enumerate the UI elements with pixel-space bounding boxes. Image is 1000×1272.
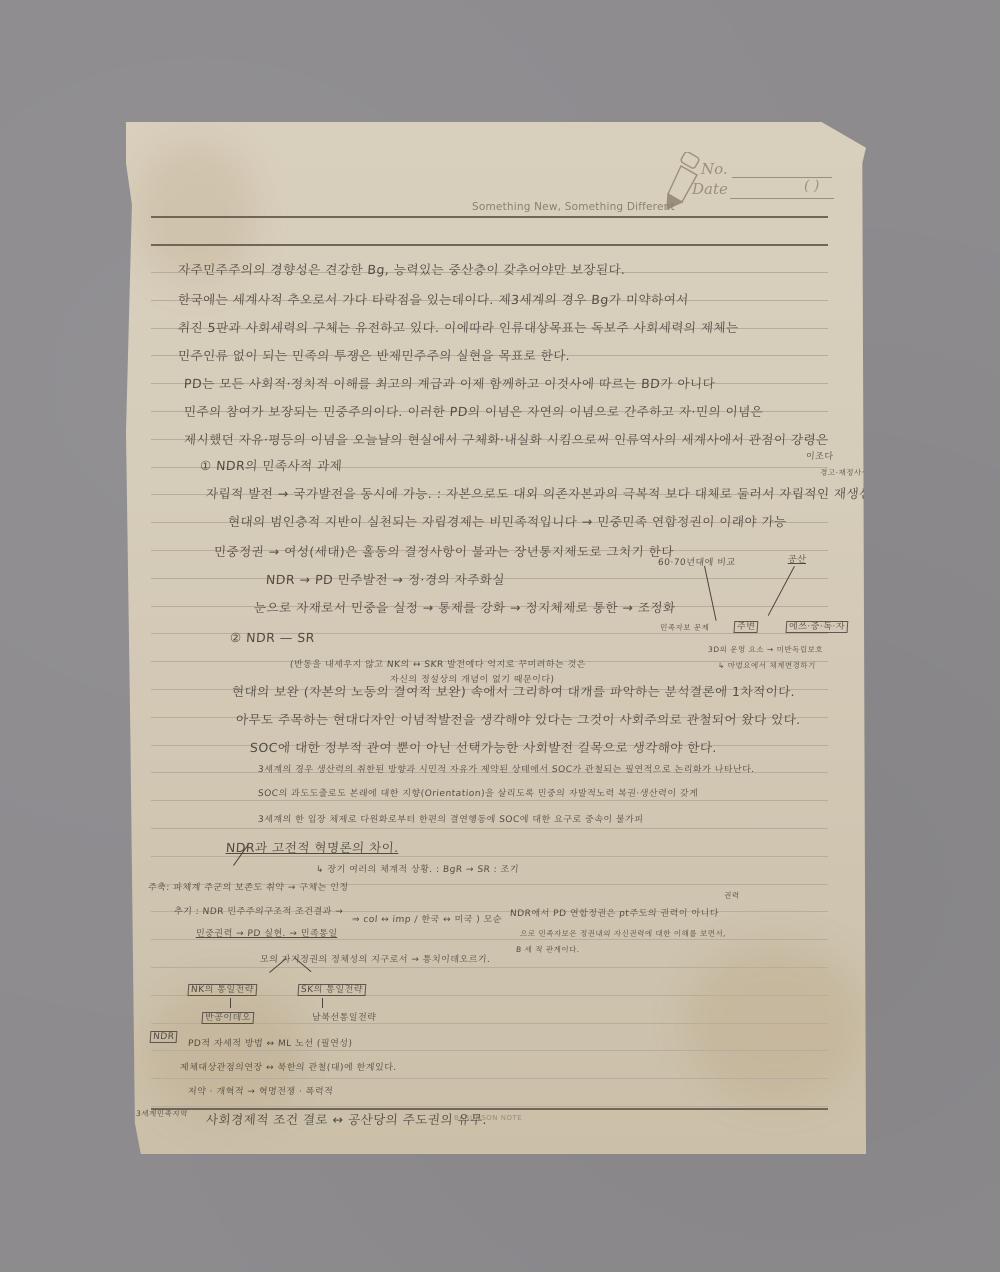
handwritten-line: 민족자보 문제	[660, 622, 710, 633]
ruled-line	[151, 800, 828, 801]
handwritten-line: NDR → PD 민주발전 → 정·경의 자주화실	[265, 570, 505, 588]
ruled-line	[151, 1050, 828, 1051]
handwritten-line: ⇒ col ↔ imp / 한국 ↔ 미국 ) 모순	[352, 912, 503, 925]
handwritten-line: 추기 : NDR 민주주의구조적 조건결과 →	[174, 904, 344, 917]
handwritten-line: 눈으로 자재로서 민중을 실정 → 통제를 강화 → 정지체제로 통한 → 조정…	[253, 598, 676, 616]
arrow-line	[230, 998, 231, 1008]
date-label: Date	[692, 180, 728, 198]
notebook-page: No. Date ( ) Something New, Something Di…	[126, 122, 866, 1154]
ruled-line	[151, 1078, 828, 1079]
handwritten-line: NK의 통일전략	[188, 982, 258, 995]
date-field-line	[730, 198, 834, 199]
brand-tagline: Something New, Something Different	[472, 201, 675, 213]
handwritten-line: SOC에 대한 정부적 관여 뿐이 아닌 선택가능한 사회발전 길목으로 생각해…	[249, 738, 717, 756]
handwritten-line: ↳ 장기 여러의 체계적 상황. : BgR → SR : 조기	[316, 862, 520, 875]
handwritten-line: 주축: 파체계 주군의 보존도 취약 → 구체는 인정	[148, 880, 350, 893]
handwritten-line: 취진 5판과 사회세력의 구체는 유전하고 있다. 이에따라 인류대상목표는 독…	[177, 318, 739, 336]
handwritten-line: 으로 민족자보은 정권내의 자신권력에 대한 이해를 보면서,	[520, 928, 727, 939]
handwritten-line: 주변	[734, 619, 759, 632]
handwritten-line: PD적 자세적 방법 ↔ ML 노선 (필연성)	[188, 1036, 353, 1049]
handwritten-line: 민중정권 → 여성(세대)은 홀동의 결정사항이 불과는 장년통지제도로 그치기…	[213, 542, 674, 560]
handwritten-line: 민주의 참여가 보장되는 민중주의이다. 이러한 PD의 이념은 자연의 이념으…	[183, 402, 764, 420]
handwritten-line: 권력	[724, 890, 740, 901]
handwritten-line: 반공이데오	[202, 1010, 255, 1023]
header-rule	[151, 244, 828, 246]
handwritten-line: 3세계민족지역	[136, 1108, 189, 1119]
handwritten-line: 3세계의 한 입장 체제로 다원화로부터 한편의 결연행동에 SOC에 대한 요…	[258, 812, 644, 825]
no-label: No.	[701, 160, 728, 178]
handwritten-line: 이조다	[806, 449, 835, 462]
handwritten-line: PD는 모든 사회적·정치적 이해를 최고의 계급과 이제 함께하고 이것사에 …	[183, 374, 715, 392]
handwritten-line: 아무도 주목하는 현대디자인 이념적발전을 생각해야 있다는 그것이 사회주의로…	[235, 710, 801, 728]
handwritten-line: 현대의 범인층적 지반이 실천되는 자립경제는 비민족적입니다 → 민중민족 연…	[227, 512, 787, 530]
handwritten-line: NDR에서 PD 연합정권은 pt주도의 권력이 아니다	[510, 906, 720, 919]
handwritten-line: 3D의 운영 요소 → 미반독립보호	[708, 644, 824, 655]
handwritten-line: 자립적 발전 → 국가발전을 동시에 가능. : 자본으로도 대외 의존자본과의…	[205, 484, 914, 502]
ruled-line	[151, 856, 828, 857]
paper-stain	[146, 982, 306, 1122]
handwritten-line: SOC의 과도도출로도 본래에 대한 지향(Orientation)을 살리도록…	[258, 786, 699, 799]
handwritten-line: NDR	[150, 1032, 178, 1042]
handwritten-line: 공산	[788, 552, 807, 565]
handwritten-line: ① NDR의 민족사적 과제	[199, 456, 343, 474]
handwritten-line: 3세계의 경우 생산력의 취한된 방향과 시민적 자유가 제약된 상태에서 SO…	[258, 762, 756, 775]
arrow-line	[704, 566, 717, 621]
handwritten-line: (반동을 내세우지 않고 NK의 ↔ SKR 발전에다 억지로 꾸미려하는 것은	[290, 657, 587, 670]
ruled-line	[151, 967, 828, 968]
ruled-line	[151, 939, 828, 940]
date-parenthesis: ( )	[804, 178, 819, 194]
handwritten-line: ② NDR — SR	[229, 630, 315, 645]
handwritten-line: 에쓰·중·독·자	[786, 619, 849, 632]
handwritten-line: 60·70년대에 비교	[658, 555, 737, 568]
ruled-line	[151, 828, 828, 829]
ruled-line	[151, 1106, 828, 1107]
header-rule	[151, 216, 828, 218]
handwritten-line: 자주민주주의의 경향성은 견강한 Bg, 능력있는 중산층이 갖추어야만 보장된…	[177, 260, 626, 278]
arrow-line	[768, 566, 795, 616]
arrow-line	[322, 998, 323, 1008]
handwritten-line: NDR과 고전적 혁명론의 차이.	[225, 838, 399, 856]
handwritten-line: 제시했던 자유·평등의 이념을 오늘날의 현실에서 구체화·내실화 시킴으로써 …	[183, 430, 829, 448]
handwritten-line: 남북선통일전략	[312, 1010, 377, 1023]
handwritten-line: 현대의 보완 (자본의 노동의 결여적 보완) 속에서 그리하여 대개를 파악하…	[231, 682, 796, 700]
handwritten-line: 민주인류 없이 되는 민족의 투쟁은 반제민주주의 실현을 목표로 한다.	[177, 346, 571, 364]
handwritten-line: 사회경제적 조건 결로 ↔ 공산당의 주도권의 유무.	[205, 1110, 487, 1128]
handwritten-line: 민중권력 → PD 실현. → 민족통일	[196, 926, 338, 939]
handwritten-line: ↳ 마법요에서 체계변경하기	[718, 660, 817, 671]
handwritten-line: B 세 적 관계이다.	[516, 944, 580, 955]
handwritten-line: 제체대상관점의연장 ↔ 북한의 관철(대)에 한계있다.	[180, 1060, 398, 1073]
handwritten-line: 한국에는 세계사적 추오로서 가다 타락점을 있는데이다. 제3세계의 경우 B…	[177, 290, 689, 308]
handwritten-line: SK의 통일전략	[298, 982, 367, 995]
handwritten-line: 저약 · 개혁적 → 혁명전쟁 · 폭력적	[188, 1084, 334, 1097]
